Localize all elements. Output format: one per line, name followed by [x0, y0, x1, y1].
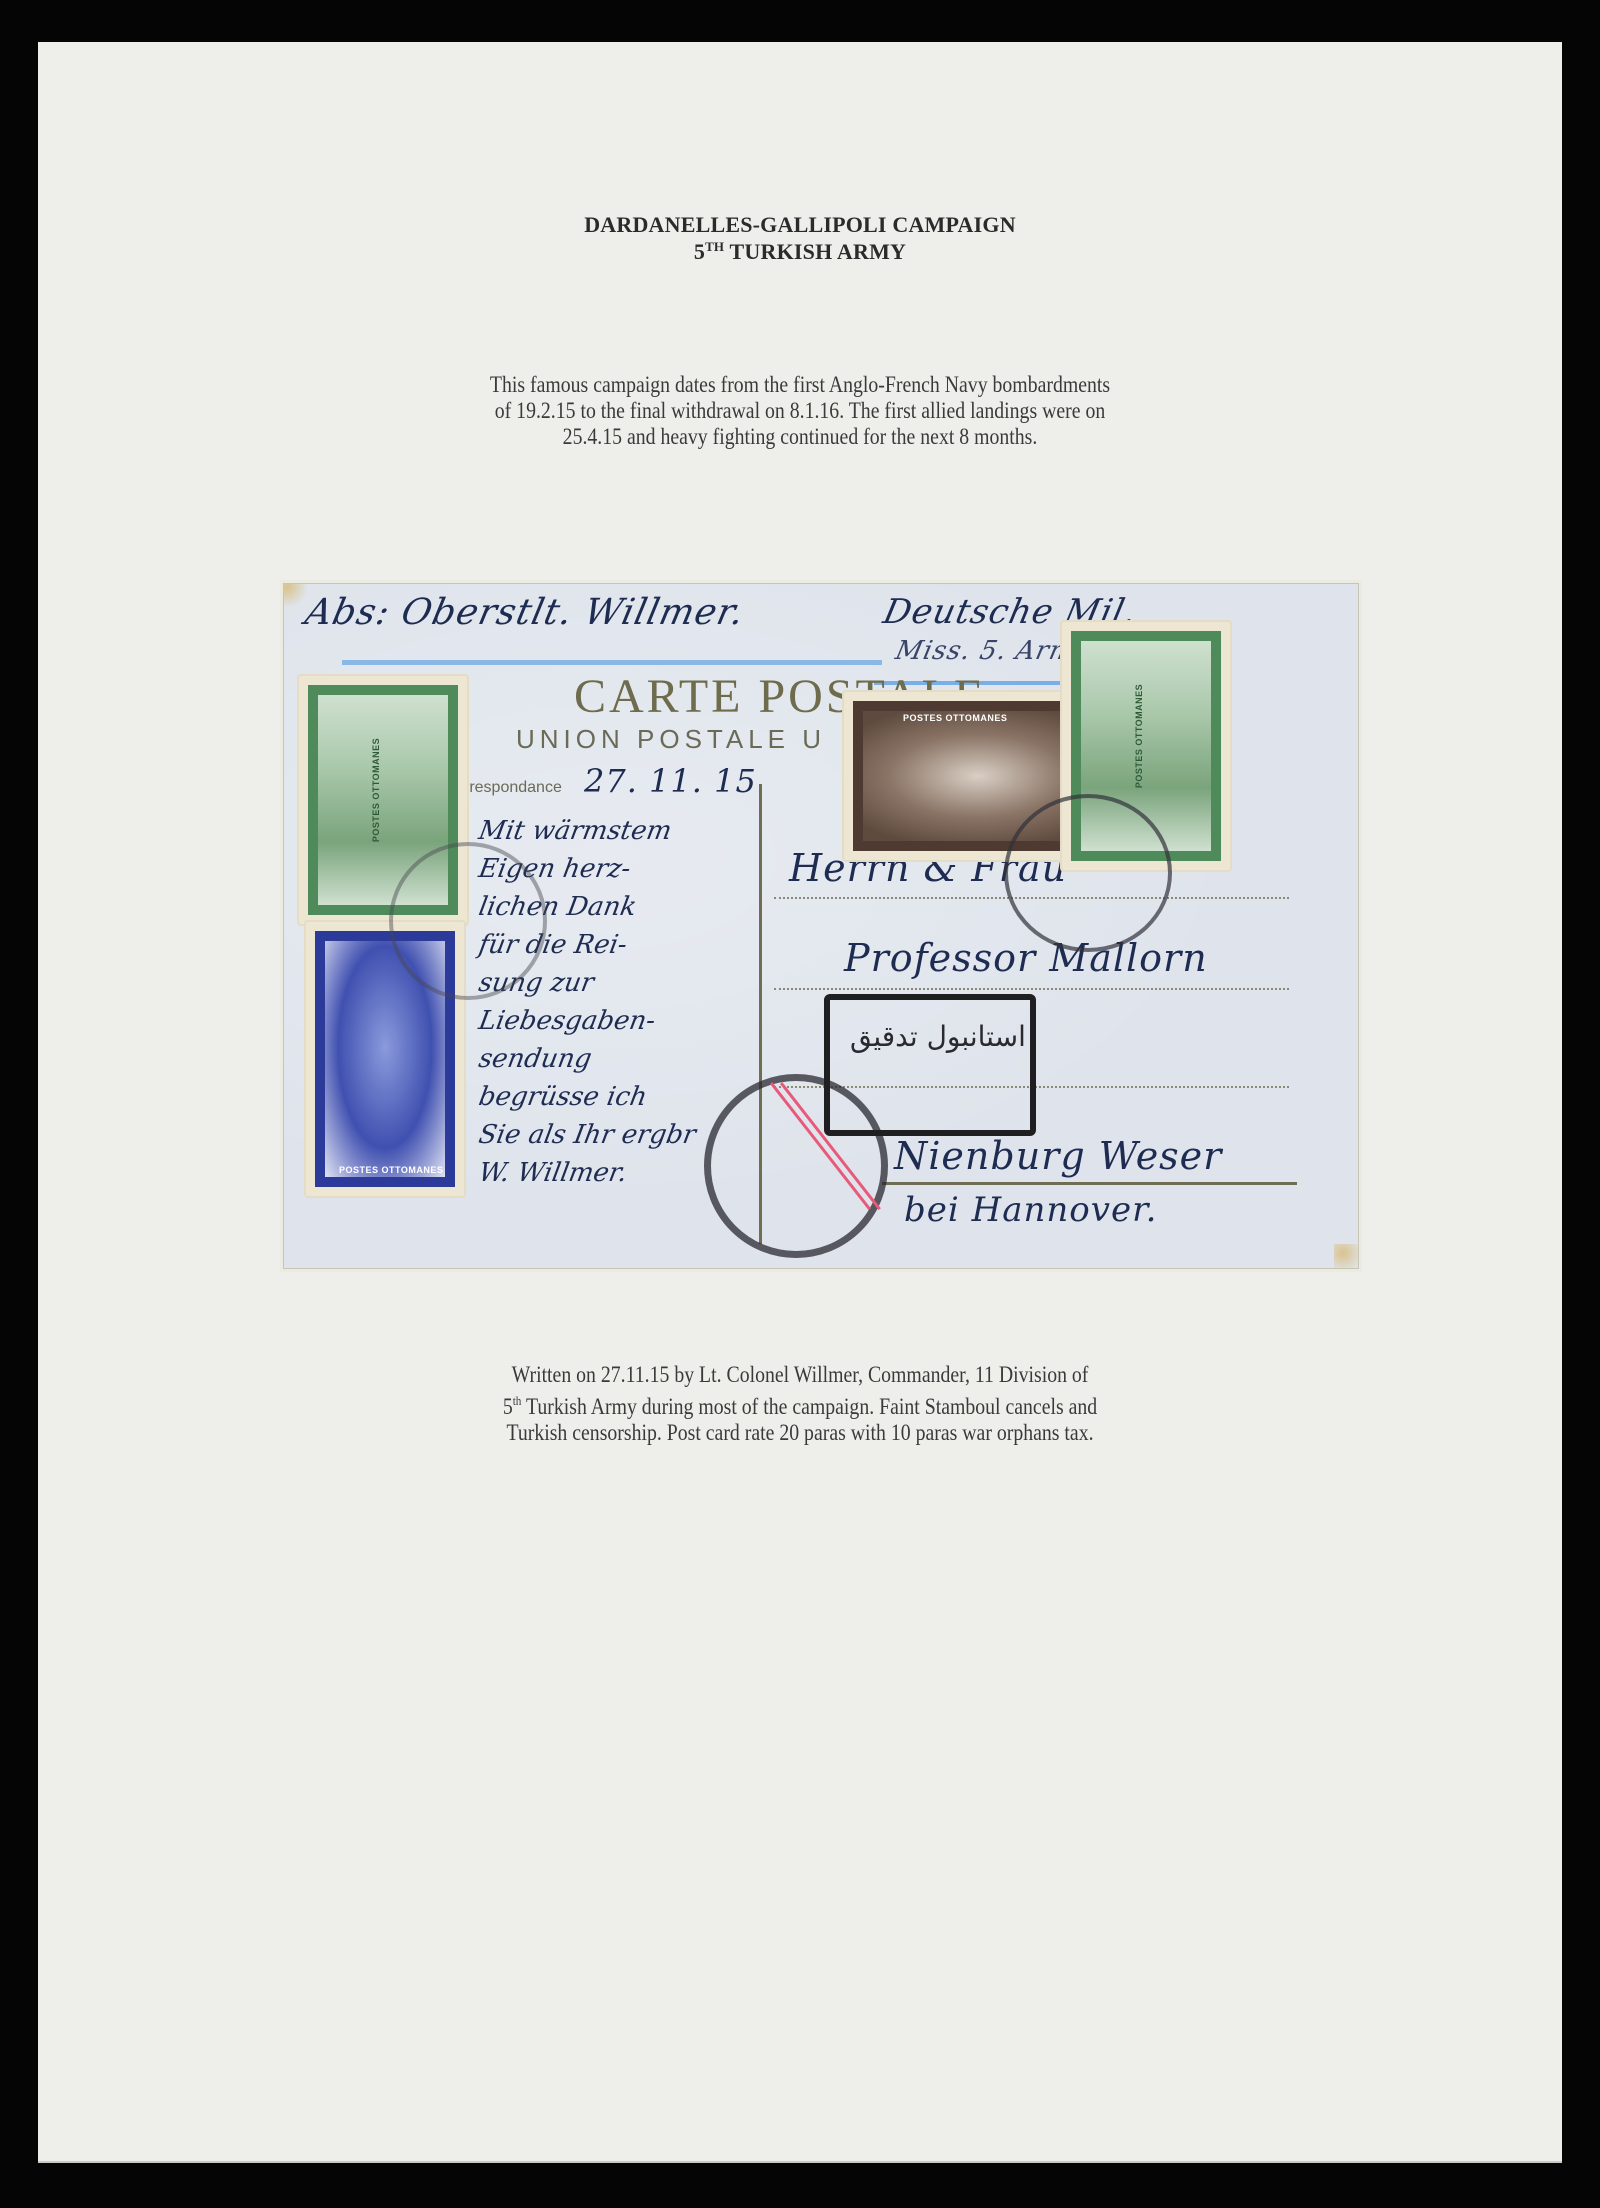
- address-line-4: bei Hannover.: [904, 1190, 1157, 1230]
- postcard: Abs: Oberstlt. Willmer. Deutsche Mil. Mi…: [283, 583, 1359, 1269]
- address-line: [882, 1182, 1297, 1185]
- sender-handwriting: Abs: Oberstlt. Willmer.: [302, 592, 749, 633]
- corner-stain: [283, 583, 308, 608]
- printed-correspondance: rrespondance: [464, 779, 562, 797]
- intro-text: This famous campaign dates from the firs…: [284, 372, 1316, 450]
- album-page: DARDANELLES-GALLIPOLI CAMPAIGN 5TH TURKI…: [38, 42, 1562, 2163]
- blue-crayon-line: [342, 660, 882, 665]
- caption-text: Written on 27.11.15 by Lt. Colonel Willm…: [284, 1362, 1316, 1446]
- corner-stain: [1334, 1244, 1359, 1269]
- censor-mark: استانبول تدقيق: [824, 994, 1036, 1136]
- handwritten-date: 27. 11. 15: [584, 762, 757, 800]
- postmark-cancel: [1004, 794, 1172, 952]
- address-line-2: Professor Mallorn: [844, 936, 1208, 980]
- address-line-3: Nienburg Weser: [894, 1134, 1222, 1178]
- page-title: DARDANELLES-GALLIPOLI CAMPAIGN: [38, 212, 1562, 238]
- postmark-cancel: [389, 842, 547, 1000]
- page-subtitle: 5TH TURKISH ARMY: [38, 239, 1562, 265]
- printed-subtitle: UNION POSTALE U: [516, 724, 826, 755]
- address-line: [774, 988, 1289, 990]
